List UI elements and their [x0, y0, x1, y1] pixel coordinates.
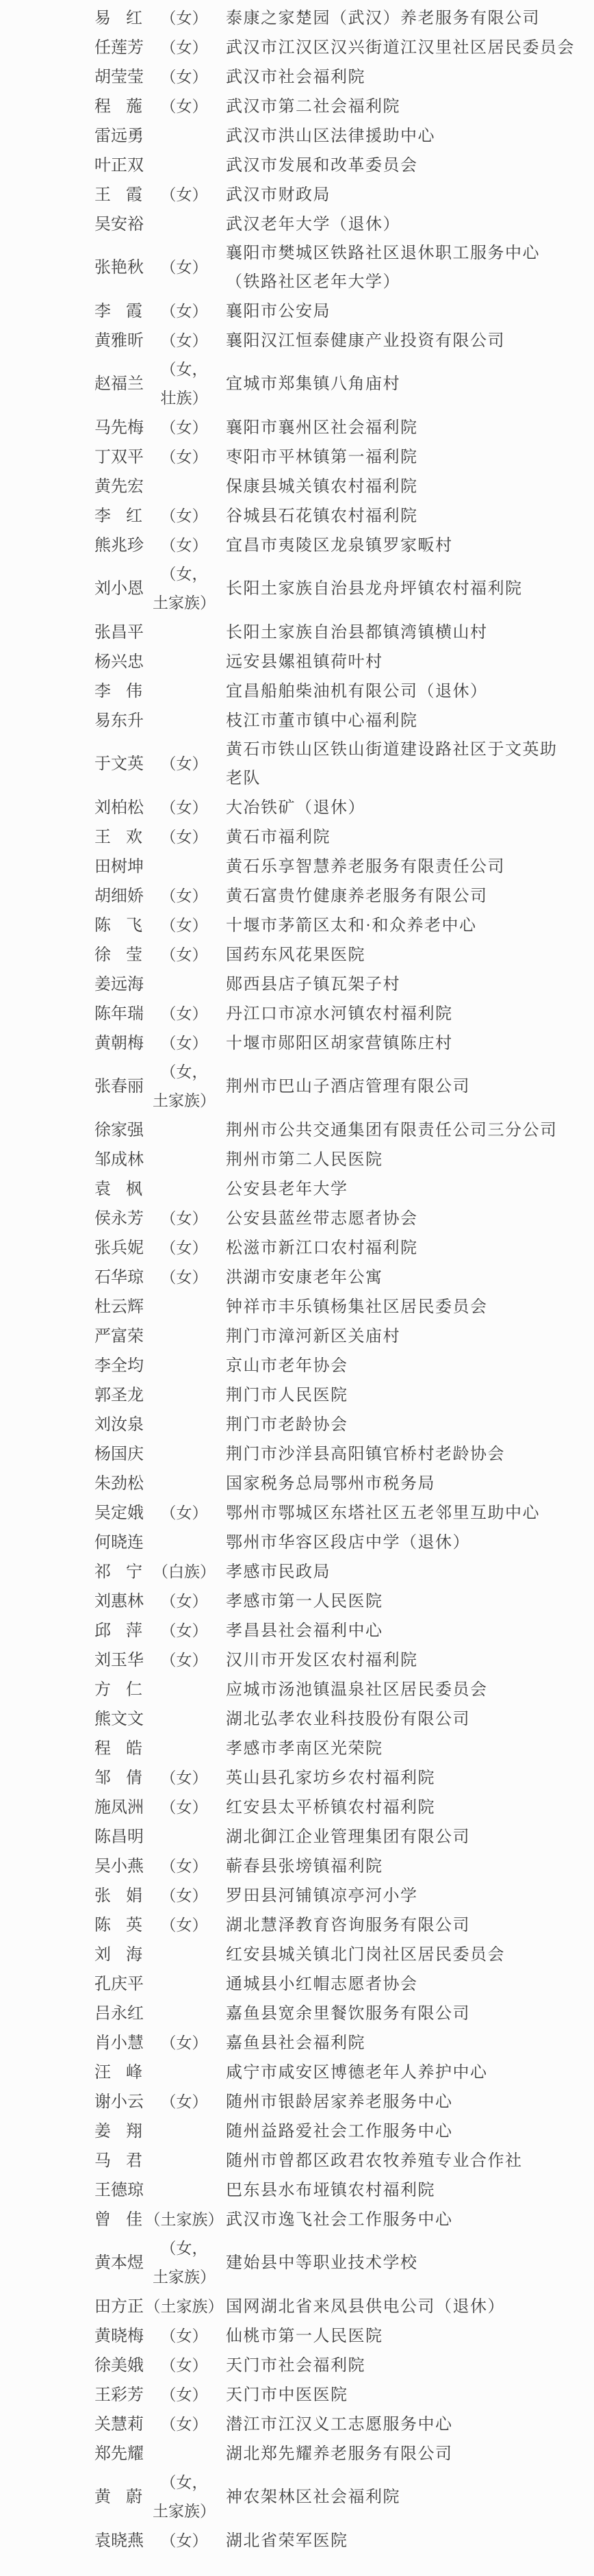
name-char: 小	[111, 2029, 127, 2058]
list-item: 胡莹莹 （女） 武汉市社会福利院	[0, 62, 594, 92]
organization: 武汉市逸飞社会工作服务中心	[226, 2206, 594, 2234]
organization: 京山市老年协会	[226, 1352, 594, 1380]
list-item: 黄晓梅 （女） 仙桃市第一人民医院	[0, 2321, 594, 2351]
list-item: 张兵妮 （女） 松滋市新江口农村福利院	[0, 1233, 594, 1263]
name-char: 先	[111, 414, 127, 442]
scanned-document-page: 易红 （女） 泰康之家楚园（武汉）养老服务有限公司 任莲芳 （女） 武汉市江汉区…	[0, 0, 594, 2576]
list-item: 徐美娥 （女） 天门市社会福利院	[0, 2351, 594, 2380]
list-item: 陈昌明 湖北御江企业管理集团有限公司	[0, 1822, 594, 1852]
person-name: 马先梅	[94, 414, 142, 442]
name-char: 翔	[126, 2117, 142, 2146]
organization: 红安县城关镇北门岗社区居民委员会	[226, 1941, 594, 1969]
name-char: 袁	[94, 1175, 111, 1204]
name-char: 仁	[126, 1676, 142, 1704]
person-name: 何晓连	[94, 1528, 142, 1557]
organization: 泰康之家楚园（武汉）养老服务有限公司	[226, 4, 594, 33]
name-char: 雅	[111, 327, 127, 355]
person-name: 邱萍	[94, 1617, 142, 1645]
name-char: 萍	[126, 1617, 142, 1645]
name-char: 庆	[127, 1440, 144, 1469]
annotation-line: （女，	[161, 1058, 208, 1087]
name-char: 辉	[127, 1293, 144, 1322]
name-char: 蔚	[126, 2483, 142, 2512]
name-char: 田	[94, 2293, 111, 2321]
name-char: 玉	[111, 1646, 127, 1675]
annotation-line: （女）	[161, 1263, 208, 1292]
name-char: 黄	[94, 1029, 111, 1058]
list-item: 汪峰 咸宁市咸安区博德老年人养护中心	[0, 2058, 594, 2087]
annotation-line: （女）	[161, 92, 208, 121]
list-item: 张春丽 （女，土家族） 荆州市巴山子酒店管理有限公司	[0, 1058, 594, 1115]
person-name: 杜云辉	[94, 1293, 142, 1322]
organization: 保康县城关镇农村福利院	[226, 472, 594, 501]
person-name: 黄朝梅	[94, 1029, 142, 1058]
gender-ethnic-annotation: （女）	[142, 531, 226, 560]
list-item: 徐家强 荆州市公共交通集团有限责任公司三分公司	[0, 1115, 594, 1145]
list-item: 刘汝泉 荆门市老龄协会	[0, 1410, 594, 1439]
person-name: 祁宁	[94, 1558, 142, 1587]
name-char: 远	[111, 122, 127, 151]
name-char: 华	[111, 1263, 127, 1292]
list-item: 姜翔 随州益路爱社会工作服务中心	[0, 2117, 594, 2146]
list-item: 张娟 （女） 罗田县河铺镇凉亭河小学	[0, 1881, 594, 1910]
name-char: 云	[127, 2088, 144, 2117]
organization: 湖北省荣军医院	[226, 2527, 594, 2555]
name-char: 梅	[127, 1029, 144, 1058]
name-char: 双	[111, 443, 127, 472]
name-char: 张	[94, 253, 111, 282]
name-char: 文	[127, 1705, 144, 1734]
person-name: 姜远海	[94, 970, 142, 999]
gender-ethnic-annotation: （女）	[142, 2088, 226, 2117]
name-char: 华	[127, 1646, 144, 1675]
person-name: 吴小燕	[94, 1852, 142, 1881]
list-item: 郑先耀 湖北郑先耀养老服务有限公司	[0, 2439, 594, 2468]
name-char: 凤	[111, 1793, 127, 1822]
name-char: 艳	[111, 253, 127, 282]
person-name: 曾佳	[94, 2206, 142, 2234]
person-name: 徐莹	[94, 941, 142, 970]
list-item: 李伟 宜昌船舶柴油机有限公司（退休）	[0, 677, 594, 706]
list-item: 李霞 （女） 襄阳市公安局	[0, 296, 594, 326]
gender-ethnic-annotation: （女）	[142, 1911, 226, 1940]
list-item: 严富荣 荆门市漳河新区关庙村	[0, 1322, 594, 1351]
list-item: 陈英 （女） 湖北慧泽教育咨询服务有限公司	[0, 1910, 594, 1940]
person-name: 熊兆珍	[94, 531, 142, 560]
name-char: 兵	[111, 1234, 127, 1263]
annotation-line: （女）	[161, 1499, 208, 1528]
person-name: 关慧莉	[94, 2410, 142, 2439]
gender-ethnic-annotation: （白族）	[142, 1558, 226, 1587]
person-name: 黄晓梅	[94, 2322, 142, 2351]
gender-ethnic-annotation: （女）	[142, 1587, 226, 1616]
gender-ethnic-annotation: （女）	[142, 181, 226, 210]
list-item: 王霞 （女） 武汉市财政局	[0, 180, 594, 210]
list-item: 黄蔚 （女，土家族） 神农架林区社会福利院	[0, 2468, 594, 2526]
name-char: 赵	[94, 370, 111, 399]
person-name: 丁双平	[94, 443, 142, 472]
list-item: 田树坤 黄石乐享智慧养老服务有限责任公司	[0, 852, 594, 881]
list-item: 吴定娥 （女） 鄂州市鄂城区东塔社区五老邻里互助中心	[0, 1498, 594, 1528]
list-item: 黄先宏 保康县城关镇农村福利院	[0, 472, 594, 501]
name-char: 谢	[94, 2088, 111, 2117]
list-item: 熊文文 湖北弘孝农业科技股份有限公司	[0, 1704, 594, 1734]
gender-ethnic-annotation: （女）	[142, 1499, 226, 1528]
person-name: 严富荣	[94, 1322, 142, 1351]
person-name: 石华琼	[94, 1263, 142, 1292]
name-char: 霞	[126, 297, 142, 326]
organization: 英山县孔家坊乡农村福利院	[226, 1764, 594, 1793]
organization: 丹江口市凉水河镇农村福利院	[226, 1000, 594, 1028]
list-item: 张昌平 长阳土家族自治县都镇湾镇横山村	[0, 618, 594, 647]
name-char: 莹	[111, 63, 127, 92]
name-char: 平	[127, 1970, 144, 1999]
name-char: 娥	[127, 2351, 144, 2380]
name-char: 珍	[127, 531, 144, 560]
name-char: 吕	[94, 1999, 111, 2028]
name-char: 王	[94, 181, 111, 210]
name-char: 勇	[127, 122, 144, 151]
list-item: 刘惠林 （女） 孝感市第一人民医院	[0, 1587, 594, 1616]
name-char: 梅	[127, 414, 144, 442]
list-item: 朱劲松 国家税务总局鄂州市税务局	[0, 1469, 594, 1498]
annotation-line: （女）	[161, 941, 208, 970]
name-char: 小	[111, 2088, 127, 2117]
gender-ethnic-annotation: （女）	[142, 253, 226, 282]
name-char: 燕	[127, 1852, 144, 1881]
name-char: 定	[111, 1499, 127, 1528]
organization: 大冶铁矿（退休）	[226, 794, 594, 822]
name-char: 强	[127, 1116, 144, 1145]
list-item: 张艳秋 （女） 襄阳市樊城区铁路社区退休职工服务中心 （铁路社区老年大学）	[0, 239, 594, 296]
gender-ethnic-annotation: （女）	[142, 502, 226, 531]
list-item: 关慧莉 （女） 潜江市江汉义工志愿服务中心	[0, 2410, 594, 2439]
name-char: 泉	[127, 1411, 144, 1439]
gender-ethnic-annotation: （女）	[142, 443, 226, 472]
organization: 宜昌市夷陵区龙泉镇罗家畈村	[226, 531, 594, 560]
gender-ethnic-annotation: （女）	[142, 1617, 226, 1645]
name-char: 娇	[127, 882, 144, 911]
gender-ethnic-annotation: （女）	[142, 1764, 226, 1793]
annotation-line: （女）	[161, 2381, 208, 2410]
annotation-line: （女）	[161, 1646, 208, 1675]
name-char: 昌	[111, 618, 127, 647]
annotation-line: （女）	[161, 297, 208, 326]
organization: 孝感市第一人民医院	[226, 1587, 594, 1616]
organization: 孝感市孝南区光荣院	[226, 1734, 594, 1763]
person-name: 邹倩	[94, 1764, 142, 1793]
organization: 枝江市董市镇中心福利院	[226, 707, 594, 735]
annotation-line: 土家族）	[153, 2263, 216, 2292]
name-char: 林	[127, 1587, 144, 1616]
person-name: 杨国庆	[94, 1440, 142, 1469]
annotation-line: （女）	[161, 2527, 208, 2555]
name-char: 晓	[111, 2322, 127, 2351]
annotation-line: （女）	[161, 2322, 208, 2351]
name-char: 洲	[127, 1793, 144, 1822]
name-char: 汪	[94, 2058, 111, 2087]
name-char: 徐	[94, 1116, 111, 1145]
gender-ethnic-annotation: （女）	[142, 1793, 226, 1822]
list-item: 刘玉华 （女） 汉川市开发区农村福利院	[0, 1645, 594, 1675]
name-char: 国	[111, 1440, 127, 1469]
organization: 武汉市第二社会福利院	[226, 92, 594, 121]
organization: 武汉老年大学（退休）	[226, 210, 594, 239]
name-char: 王	[94, 2176, 111, 2205]
name-char: 柏	[111, 794, 127, 822]
organization: 天门市中医医院	[226, 2381, 594, 2410]
organization: 宜城市郑集镇八角庙村	[226, 370, 594, 399]
list-item: 胡细娇 （女） 黄石富贵竹健康养老服务有限公司	[0, 881, 594, 911]
organization: 荆州市巴山子酒店管理有限公司	[226, 1072, 594, 1101]
list-item: 王欢 （女） 黄石市福利院	[0, 822, 594, 852]
name-char: 君	[126, 2147, 142, 2175]
name-char: 黄	[94, 327, 111, 355]
name-char: 年	[111, 1000, 127, 1028]
list-item: 侯永芳 （女） 公安县蓝丝带志愿者协会	[0, 1204, 594, 1233]
name-char: 庆	[111, 1970, 127, 1999]
name-char: 杨	[94, 1440, 111, 1469]
organization: 鄂州市鄂城区东塔社区五老邻里互助中心	[226, 1499, 594, 1528]
name-char: 惠	[111, 1587, 127, 1616]
name-char: 富	[111, 1322, 127, 1351]
name-char: 英	[126, 1911, 142, 1940]
person-name: 张兵妮	[94, 1234, 142, 1263]
organization: 黄石市福利院	[226, 823, 594, 852]
organization: 枣阳市平林镇第一福利院	[226, 443, 594, 472]
name-char: 慧	[111, 2410, 127, 2439]
name-char: 秋	[127, 253, 144, 282]
person-name: 刘海	[94, 1941, 142, 1969]
gender-ethnic-annotation: （女）	[142, 882, 226, 911]
annotation-line: （女）	[161, 253, 208, 282]
annotation-line: （女，	[161, 355, 208, 384]
list-item: 何晓连 鄂州市华容区段店中学（退休）	[0, 1528, 594, 1557]
gender-ethnic-annotation: （女）	[142, 2381, 226, 2410]
name-char: 黄	[94, 2322, 111, 2351]
name-char: 肖	[94, 2029, 111, 2058]
name-char: 郭	[94, 1381, 111, 1410]
list-item: 吕永红 嘉鱼县宽余里餐饮服务有限公司	[0, 1999, 594, 2028]
annotation-line: （女）	[161, 1793, 208, 1822]
name-char: 福	[111, 370, 127, 399]
name-char: 陈	[94, 1823, 111, 1852]
list-item: 肖小慧 （女） 嘉鱼县社会福利院	[0, 2028, 594, 2058]
name-char: 耀	[127, 2440, 144, 2468]
annotation-line: （女，	[161, 560, 208, 589]
organization: 荆州市公共交通集团有限责任公司三分公司	[226, 1116, 594, 1145]
list-item: 熊兆珍 （女） 宜昌市夷陵区龙泉镇罗家畈村	[0, 531, 594, 560]
name-char: 兰	[127, 370, 144, 399]
organization: 襄阳汉江恒泰健康产业投资有限公司	[226, 327, 594, 355]
name-char: 关	[94, 2410, 111, 2439]
person-name: 任莲芳	[94, 34, 142, 62]
name-char: 熊	[94, 1705, 111, 1734]
annotation-line: （女）	[161, 181, 208, 210]
annotation-line: （女）	[161, 911, 208, 940]
gender-ethnic-annotation: （女）	[142, 2527, 226, 2555]
name-char: 严	[94, 1322, 111, 1351]
list-item: 曾佳 （土家族） 武汉市逸飞社会工作服务中心	[0, 2205, 594, 2234]
name-char: 丁	[94, 443, 111, 472]
name-char: 邱	[94, 1617, 111, 1645]
organization: 神农架林区社会福利院	[226, 2483, 594, 2512]
person-name: 陈英	[94, 1911, 142, 1940]
annotation-line: （女）	[161, 414, 208, 442]
name-char: 荣	[127, 1322, 144, 1351]
organization: 武汉市江汉区汉兴街道江汉里社区居民委员会	[226, 34, 594, 62]
name-char: 树	[111, 853, 127, 881]
name-char: 黄	[94, 2483, 111, 2512]
annotation-line: （女）	[161, 823, 208, 852]
name-char: 晓	[111, 1528, 127, 1557]
person-name: 肖小慧	[94, 2029, 142, 2058]
annotation-line: （女）	[161, 2029, 208, 2058]
name-char: 海	[127, 970, 144, 999]
name-char: 均	[127, 1352, 144, 1380]
person-name: 李伟	[94, 677, 142, 706]
name-char: 朱	[94, 1469, 111, 1498]
annotation-line: （女）	[161, 1911, 208, 1940]
name-char: 李	[94, 1352, 111, 1380]
gender-ethnic-annotation: （女，壮族）	[142, 355, 226, 413]
organization: 黄石富贵竹健康养老服务有限公司	[226, 882, 594, 911]
list-item: 吴小燕 （女） 蕲春县张塝镇福利院	[0, 1852, 594, 1881]
person-name: 张娟	[94, 1882, 142, 1910]
list-item: 杨兴忠 远安县嫘祖镇荷叶村	[0, 647, 594, 677]
annotation-line: （女）	[161, 34, 208, 62]
gender-ethnic-annotation: （女）	[142, 2410, 226, 2439]
name-char: 刘	[94, 1411, 111, 1439]
gender-ethnic-annotation: （女）	[142, 92, 226, 121]
gender-ethnic-annotation: （土家族）	[142, 2293, 226, 2321]
list-item: 刘海 红安县城关镇北门岗社区居民委员会	[0, 1940, 594, 1969]
name-char: 平	[127, 618, 144, 647]
name-char: 红	[126, 502, 142, 531]
annotation-line: （女）	[161, 2410, 208, 2439]
list-item: 陈飞 （女） 十堰市茅箭区太和·和众养老中心	[0, 911, 594, 940]
person-name: 郭圣龙	[94, 1381, 142, 1410]
name-char: 枫	[126, 1175, 142, 1204]
name-char: 葹	[126, 92, 142, 121]
list-item: 杜云辉 钟祥市丰乐镇杨集社区居民委员会	[0, 1292, 594, 1322]
list-item: 易东升 枝江市董市镇中心福利院	[0, 706, 594, 735]
list-item: 刘柏松 （女） 大冶铁矿（退休）	[0, 793, 594, 822]
gender-ethnic-annotation: （女）	[142, 414, 226, 442]
list-item: 王彩芳 （女） 天门市中医医院	[0, 2380, 594, 2410]
gender-ethnic-annotation: （女）	[142, 1646, 226, 1675]
person-name: 田树坤	[94, 853, 142, 881]
list-item: 黄本煜 （女，土家族） 建始县中等职业技术学校	[0, 2234, 594, 2292]
person-name: 刘惠林	[94, 1587, 142, 1616]
annotation-line: （女）	[161, 794, 208, 822]
name-char: 芳	[127, 1204, 144, 1233]
organization: 通城县小红帽志愿者协会	[226, 1970, 594, 1999]
list-item: 程葹 （女） 武汉市第二社会福利院	[0, 92, 594, 121]
name-char: 郑	[94, 2440, 111, 2468]
name-char: 王	[94, 2381, 111, 2410]
name-char: 李	[94, 297, 111, 326]
list-item: 施凤洲 （女） 红安县太平桥镇农村福利院	[0, 1793, 594, 1822]
name-char: 正	[127, 2293, 144, 2321]
gender-ethnic-annotation: （女，土家族）	[142, 560, 226, 618]
name-char: 汝	[111, 1411, 127, 1439]
name-char: 黄	[94, 472, 111, 501]
person-name: 刘柏松	[94, 794, 142, 822]
gender-ethnic-annotation: （女）	[142, 1263, 226, 1292]
name-char: 妮	[127, 1234, 144, 1263]
list-item: 雷远勇 武汉市洪山区法律援助中心	[0, 121, 594, 151]
organization: 天门市社会福利院	[226, 2351, 594, 2380]
person-name: 刘小恩	[94, 574, 142, 603]
person-name: 吴定娥	[94, 1499, 142, 1528]
list-item: 丁双平 （女） 枣阳市平林镇第一福利院	[0, 442, 594, 472]
name-char: 平	[127, 443, 144, 472]
gender-ethnic-annotation: （女）	[142, 750, 226, 779]
list-item: 马君 随州市曾都区政君农牧养殖专业合作社	[0, 2146, 594, 2175]
person-name: 刘玉华	[94, 1646, 142, 1675]
organization: 嘉鱼县宽余里餐饮服务有限公司	[226, 1999, 594, 2028]
person-name: 方仁	[94, 1676, 142, 1704]
name-list: 易红 （女） 泰康之家楚园（武汉）养老服务有限公司 任莲芳 （女） 武汉市江汉区…	[0, 3, 594, 2555]
list-item: 孔庆平 通城县小红帽志愿者协会	[0, 1969, 594, 1999]
gender-ethnic-annotation: （女）	[142, 1234, 226, 1263]
organization: 长阳土家族自治县都镇湾镇横山村	[226, 618, 594, 647]
person-name: 李霞	[94, 297, 142, 326]
name-char: 龙	[127, 1381, 144, 1410]
organization: 随州市银龄居家养老服务中心	[226, 2088, 594, 2117]
name-char: 成	[111, 1146, 127, 1174]
organization: 汉川市开发区农村福利院	[226, 1646, 594, 1675]
gender-ethnic-annotation: （女）	[142, 941, 226, 970]
annotation-line: （女）	[161, 750, 208, 779]
annotation-line: （女）	[161, 443, 208, 472]
list-item: 邹倩 （女） 英山县孔家坊乡农村福利院	[0, 1763, 594, 1793]
person-name: 王欢	[94, 823, 142, 852]
organization: 罗田县河铺镇凉亭河小学	[226, 1882, 594, 1910]
name-char: 先	[111, 472, 127, 501]
gender-ethnic-annotation: （女）	[142, 2322, 226, 2351]
annotation-line: （女）	[161, 1234, 208, 1263]
organization: 长阳土家族自治县龙舟坪镇农村福利院	[226, 574, 594, 603]
name-char: 陈	[94, 1000, 111, 1028]
annotation-line: （女）	[161, 531, 208, 560]
organization: 荆门市漳河新区关庙村	[226, 1322, 594, 1351]
list-item: 袁枫 公安县老年大学	[0, 1174, 594, 1204]
person-name: 陈年瑞	[94, 1000, 142, 1028]
annotation-line: （女）	[161, 327, 208, 355]
person-name: 李全均	[94, 1352, 142, 1380]
name-char: 雷	[94, 122, 111, 151]
person-name: 李红	[94, 502, 142, 531]
name-char: 松	[127, 1469, 144, 1498]
name-char: 安	[111, 210, 127, 239]
name-char: 瑞	[127, 1000, 144, 1028]
name-char: 海	[126, 1941, 142, 1969]
gender-ethnic-annotation: （女）	[142, 327, 226, 355]
name-char: 永	[111, 1204, 127, 1233]
organization: 十堰市茅箭区太和·和众养老中心	[226, 911, 594, 940]
list-item: 袁晓燕 （女） 湖北省荣军医院	[0, 2526, 594, 2555]
name-char: 刘	[94, 574, 111, 603]
name-char: 燕	[127, 2527, 144, 2555]
name-char: 张	[94, 1234, 111, 1263]
name-char: 任	[94, 34, 111, 62]
organization: 蕲春县张塝镇福利院	[226, 1852, 594, 1881]
gender-ethnic-annotation: （女）	[142, 1000, 226, 1028]
organization: 武汉市社会福利院	[226, 63, 594, 92]
annotation-line: （女）	[161, 502, 208, 531]
